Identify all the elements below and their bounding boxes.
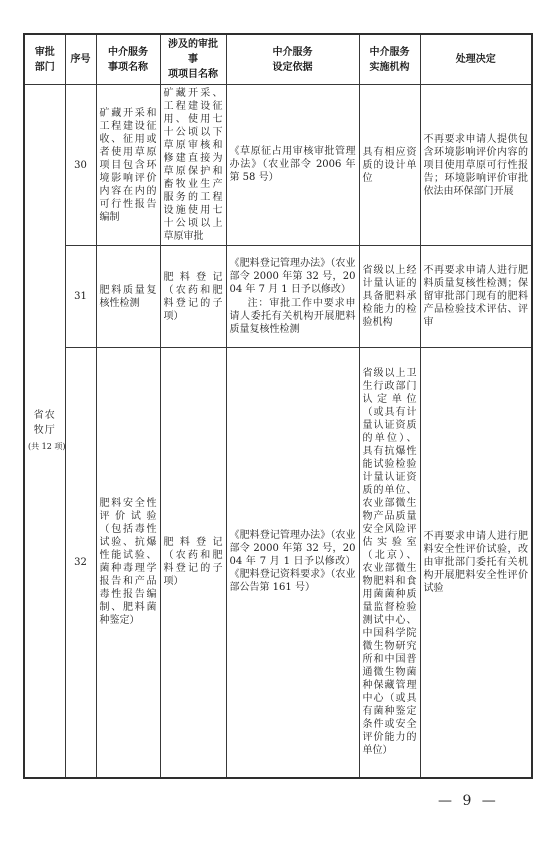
row-32-basis-text: 《肥料登记管理办法》（农业部令 2000 年第 32 号，2004 年 7 月 … [230,530,356,593]
department-name: 省农 牧厅 [28,408,62,438]
approval-services-table: 审批 部门 序号 中介服务 事项名称 涉及的审批事 项项目名称 中介服务 设定依… [23,33,533,779]
row-31-seq: 31 [65,246,96,348]
row-30-project-name: 矿藏开采、工程建设征用、使用七十公顷以下草原审核和修建直接为草原保护和畜牧业生产… [160,85,226,246]
header-project-name: 涉及的审批事 项项目名称 [160,34,226,85]
table-header-row: 审批 部门 序号 中介服务 事项名称 涉及的审批事 项项目名称 中介服务 设定依… [24,34,532,85]
header-decision: 处理决定 [420,34,532,85]
row-32-decision: 不再要求申请人进行肥料安全性评价试验，改由审批部门委托有关机构开展肥料安全性评价… [420,348,532,778]
row-31-basis-text: 《肥料登记管理办法》（农业部令 2000 年第 32 号，2004 年 7 月 … [230,258,356,295]
department-item-count: (共 12 项) [28,440,62,453]
row-30-basis: 《草原征占用审核审批管理办法》（农业部令 2006 年第 58 号） [226,85,359,246]
row-31-basis: 《肥料登记管理办法》（农业部令 2000 年第 32 号，2004 年 7 月 … [226,246,359,348]
table-row-31: 31 肥料质量复核性检测 肥料登记（农药和肥料登记的子项） 《肥料登记管理办法》… [24,246,532,348]
row-32-seq: 32 [65,348,96,778]
header-basis: 中介服务 设定依据 [226,34,359,85]
table-row-32: 32 肥料安全性评价试验（包括毒性试验、抗爆性能试验、菌种毒理学报告和产品毒性报… [24,348,532,778]
row-31-agency: 省级以上经计量认证的具备肥料承检能力的检验机构 [359,246,420,348]
header-service-name: 中介服务 事项名称 [96,34,160,85]
row-30-seq: 30 [65,85,96,246]
header-seq: 序号 [65,34,96,85]
row-32-project-name: 肥料登记（农药和肥料登记的子项） [160,348,226,778]
header-agency: 中介服务 实施机构 [359,34,420,85]
row-32-agency: 省级以上卫生行政部门认定单位（或具有计量认证资质的单位）、具有抗爆性能试验检验计… [359,348,420,778]
row-30-agency: 具有相应资质的设计单位 [359,85,420,246]
row-30-basis-text: 《草原征占用审核审批管理办法》（农业部令 2006 年第 58 号） [230,146,356,183]
row-31-project-name: 肥料登记（农药和肥料登记的子项） [160,246,226,348]
row-31-service-name: 肥料质量复核性检测 [96,246,160,348]
row-31-decision: 不再要求申请人进行肥料质量复核性检测；保留审批部门现有的肥料产品检验技术评估、评… [420,246,532,348]
row-31-basis-note: 注：审批工作中要求申请人委托有关机构开展肥料质量复核性检测 [230,297,356,336]
document-page: 审批 部门 序号 中介服务 事项名称 涉及的审批事 项项目名称 中介服务 设定依… [0,0,553,841]
table-row-30: 省农 牧厅 (共 12 项) 30 矿藏开采和工程建设征收、征用或者使用草原项目… [24,85,532,246]
row-30-service-name: 矿藏开采和工程建设征收、征用或者使用草原项目包含环境影响评价内容在内的可行性报告… [96,85,160,246]
header-approval-department: 审批 部门 [24,34,65,85]
page-number: — 9 — [438,793,499,809]
row-32-service-name: 肥料安全性评价试验（包括毒性试验、抗爆性能试验、菌种毒理学报告和产品毒性报告编制… [96,348,160,778]
row-32-basis: 《肥料登记管理办法》（农业部令 2000 年第 32 号，2004 年 7 月 … [226,348,359,778]
department-cell: 省农 牧厅 (共 12 项) [24,85,65,778]
row-30-decision: 不再要求申请人提供包含环境影响评价内容的项目使用草原可行性报告；环境影响评价审批… [420,85,532,246]
